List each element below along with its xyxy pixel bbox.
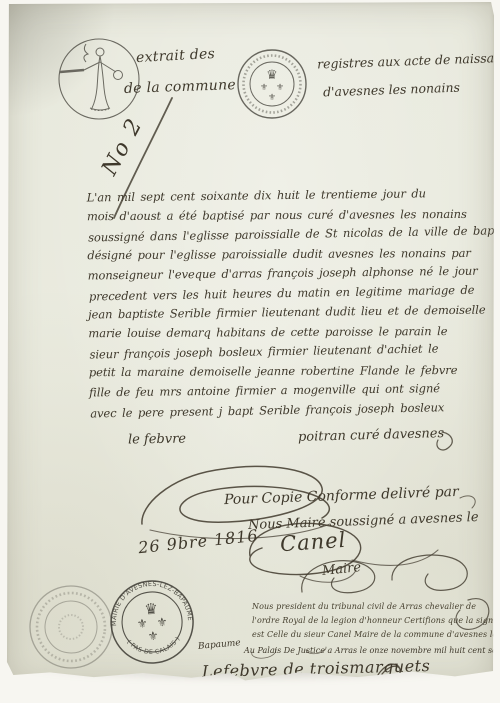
manuscript-line: petit la maraine demoiselle jeanne rober… [89,360,491,382]
fleur-de-lis-icon: ⚜ [147,629,159,644]
fleur-de-lis-icon: ⚜ [268,93,276,103]
crown-icon: ♛ [266,68,278,83]
paper-sheet: No 2 extrait des de la commune registres… [6,2,494,686]
manuscript-line: désigné pour l'eglisse paroissialle dudi… [87,243,489,265]
crowned-stamp: ♛ ⚜ ⚜ ⚜ [233,46,311,122]
certification-place-date: Au Palais De Justice a Arras le onze nov… [244,646,500,655]
fleur-de-lis-icon: ⚜ [260,83,268,93]
justice-figure-icon [60,44,123,111]
fleur-de-lis-icon: ⚜ [156,615,168,630]
certification-line: Nous president du tribunal civil de Arra… [252,600,500,614]
mayor-signature: Canel [279,528,347,557]
certification-line: l'ordre Royal de la legion d'honneur Cer… [252,614,500,628]
mairie-stamp: MAIRIE D'AVESNES-LEZ-BAPAUME ( PAS DE CA… [103,571,201,671]
fleur-de-lis-icon: ⚜ [276,83,284,93]
certification-block: Nous president du tribunal civil de Arra… [252,600,500,642]
scanned-document: No 2 extrait des de la commune registres… [0,0,500,703]
act-body: L'an mil sept cent soixante dix huit le … [87,184,492,423]
allegorical-seal-stamp [55,35,143,123]
certification-line: est Celle du sieur Canel Maire de la com… [252,628,500,642]
witness-signature: le febvre [128,431,186,447]
